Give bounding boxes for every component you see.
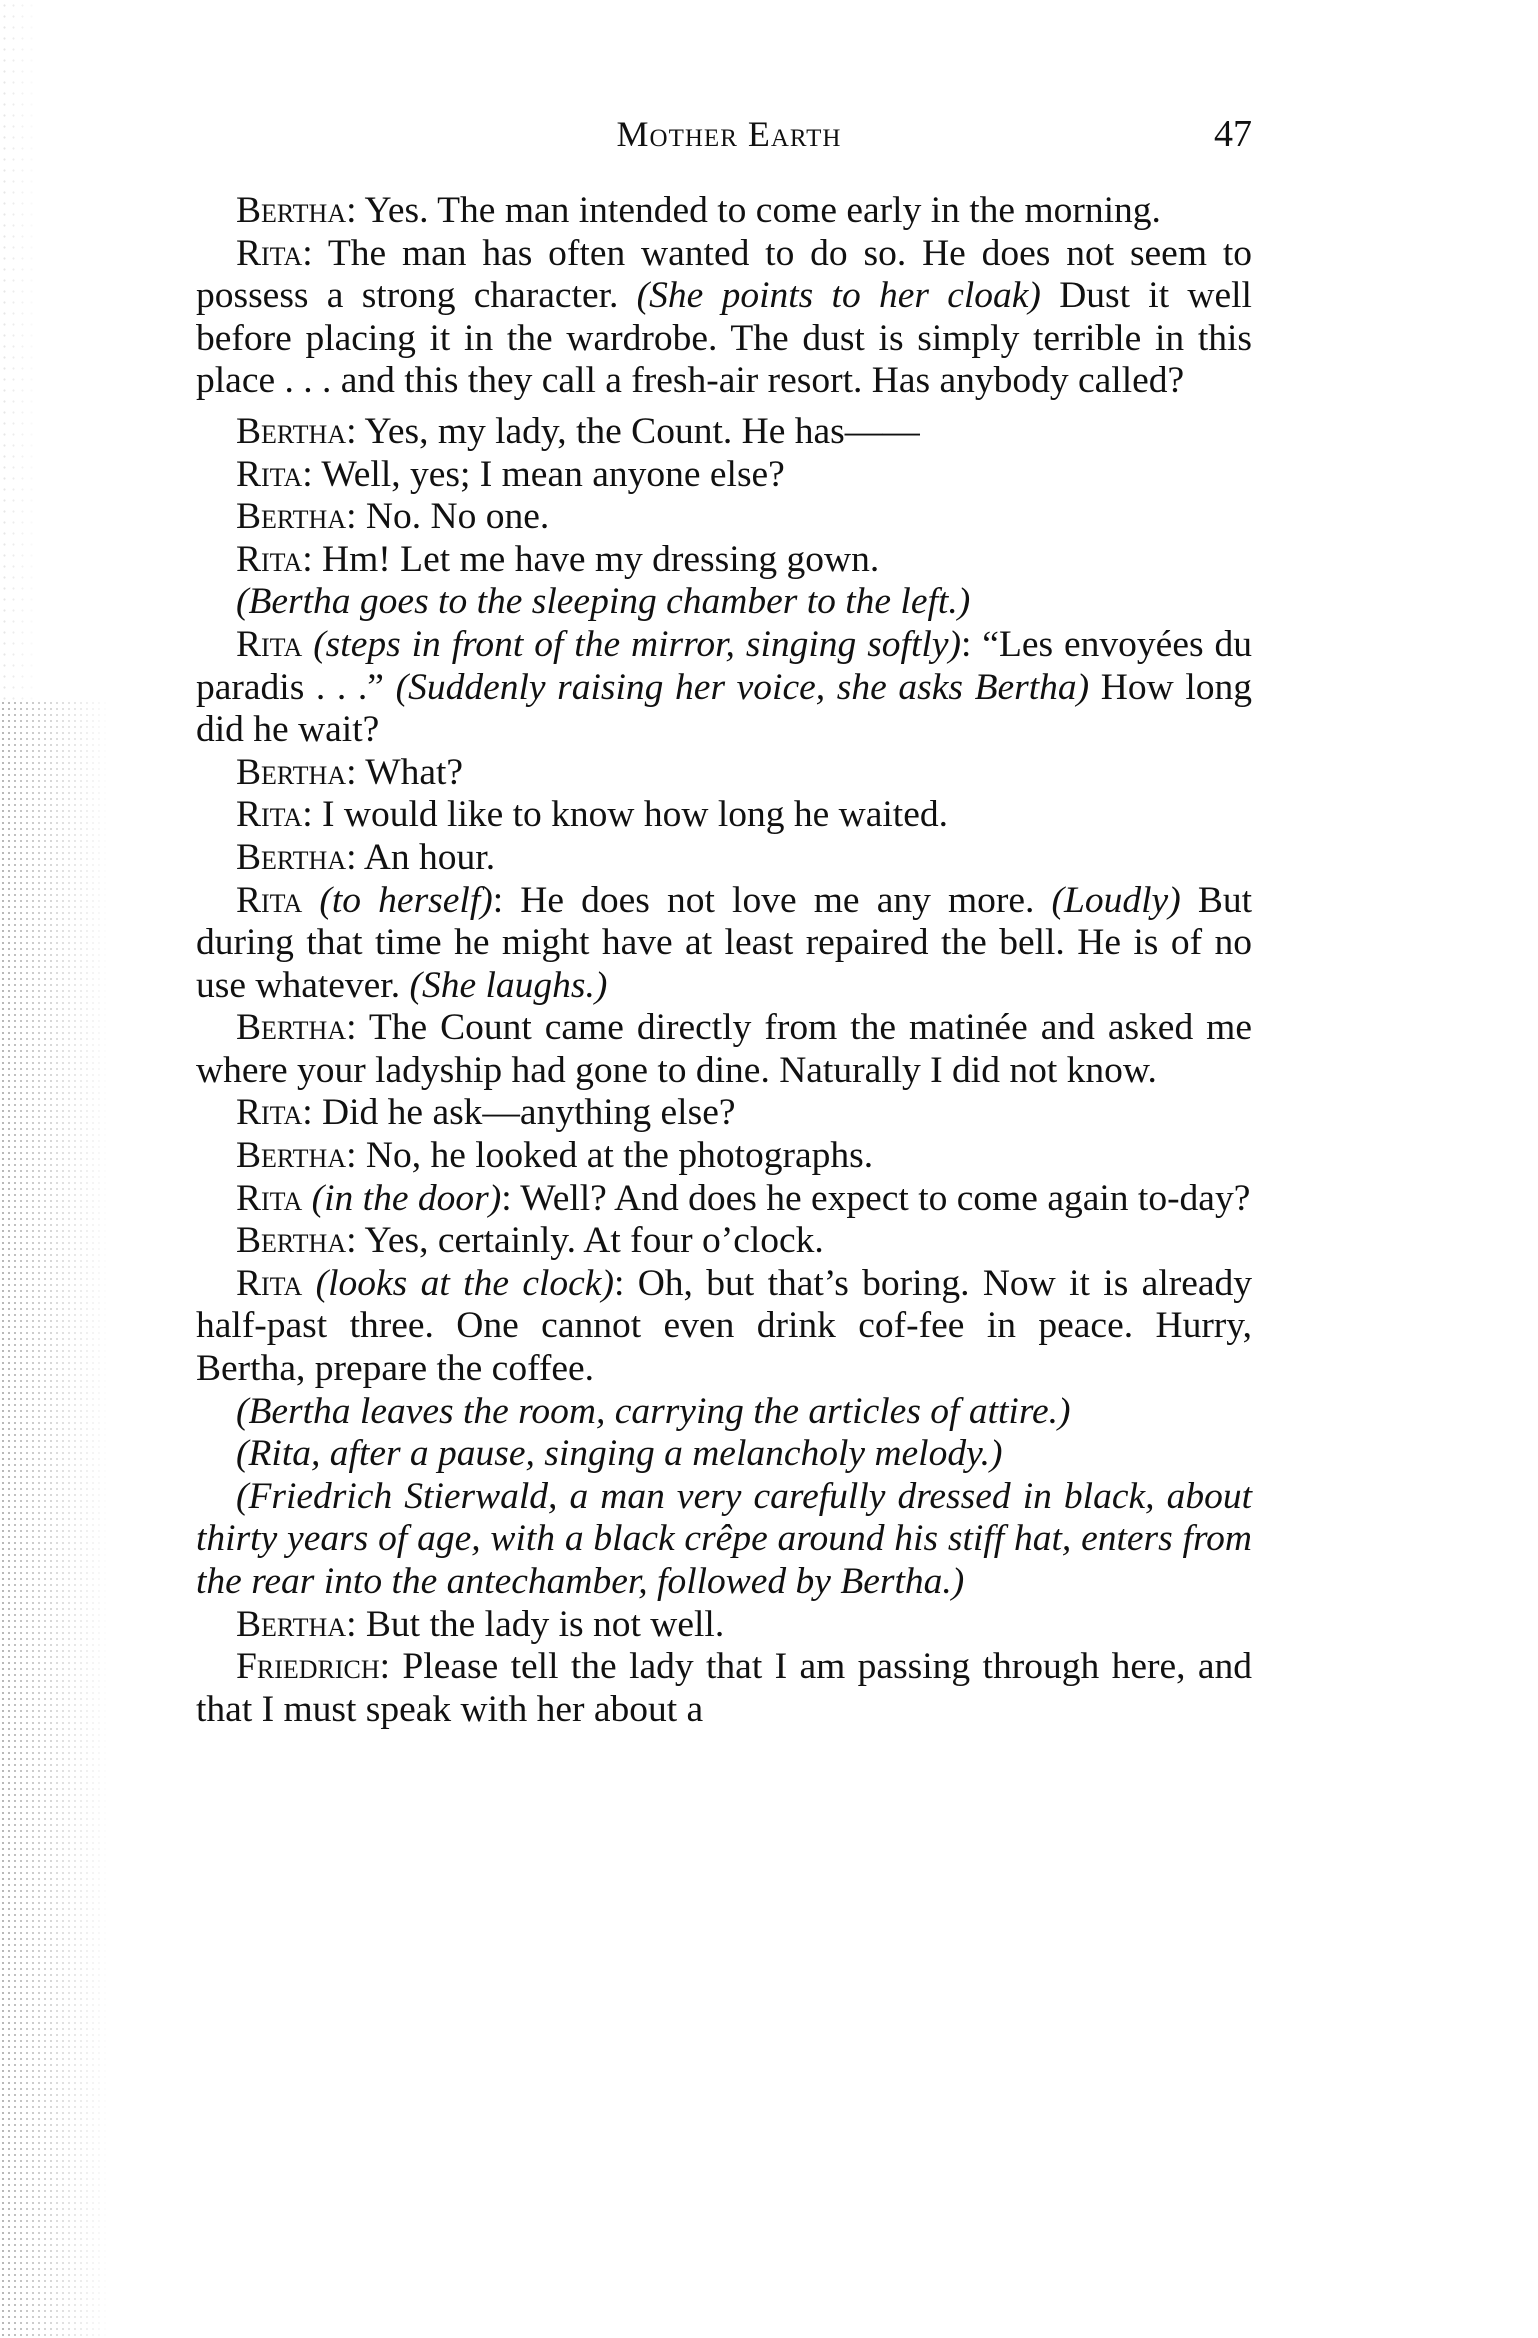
dialogue-paragraph: Bertha: What?: [196, 752, 1252, 795]
stage-direction: (looks at the clock): [316, 1263, 614, 1304]
dialogue-text: : Well? And does he expect to come again…: [501, 1178, 1250, 1219]
dialogue-paragraph: (Rita, after a pause, singing a melancho…: [196, 1433, 1252, 1476]
stage-direction: (to herself): [319, 880, 492, 921]
speaker-name: Bertha: [236, 837, 346, 878]
stage-direction: (Bertha goes to the sleeping chamber to …: [236, 581, 970, 622]
speaker-name: Rita: [236, 1178, 302, 1219]
dialogue-text: : He does not love me any more.: [493, 880, 1052, 921]
dialogue-text: : Hm! Let me have my dressing gown.: [302, 539, 879, 580]
dialogue-paragraph: Bertha: Yes, certainly. At four o’clock.: [196, 1220, 1252, 1263]
book-page: Mother Earth 47 Bertha: Yes. The man int…: [196, 108, 1252, 1731]
dialogue-paragraph: Bertha: But the lady is not well.: [196, 1604, 1252, 1647]
page-edge-scan-texture-top: [0, 0, 40, 700]
dialogue-text: [302, 624, 313, 665]
stage-direction: (Bertha leaves the room, carrying the ar…: [236, 1391, 1071, 1432]
speaker-name: Bertha: [236, 1220, 346, 1261]
dialogue-paragraph: (Friedrich Stierwald, a man very careful…: [196, 1476, 1252, 1604]
speaker-name: Bertha: [236, 1007, 346, 1048]
speaker-name: Bertha: [236, 411, 346, 452]
dialogue-text: [302, 1178, 311, 1219]
dialogue-paragraph: Rita: Hm! Let me have my dressing gown.: [196, 539, 1252, 582]
dialogue-paragraph: Rita: Well, yes; I mean anyone else?: [196, 454, 1252, 497]
play-text-body: Bertha: Yes. The man intended to come ea…: [196, 190, 1252, 1731]
dialogue-paragraph: Bertha: The Count came directly from the…: [196, 1007, 1252, 1092]
speaker-name: Rita: [236, 794, 302, 835]
stage-direction: (Rita, after a pause, singing a melancho…: [236, 1433, 1003, 1474]
dialogue-text: : The Count came directly from the matin…: [196, 1007, 1252, 1091]
dialogue-text: : What?: [346, 752, 463, 793]
dialogue-paragraph: (Bertha leaves the room, carrying the ar…: [196, 1391, 1252, 1434]
dialogue-paragraph: Rita: Did he ask—anything else?: [196, 1092, 1252, 1135]
dialogue-text: : Yes, my lady, the Count. He has——: [346, 411, 920, 452]
dialogue-text: : Well, yes; I mean anyone else?: [302, 454, 785, 495]
dialogue-paragraph: Bertha: Yes, my lady, the Count. He has—…: [196, 411, 1252, 454]
speaker-name: Friedrich: [236, 1646, 380, 1687]
speaker-name: Rita: [236, 539, 302, 580]
dialogue-paragraph: (Bertha goes to the sleeping chamber to …: [196, 581, 1252, 624]
running-head: Mother Earth 47: [196, 108, 1252, 160]
dialogue-text: : Yes. The man intended to come early in…: [346, 190, 1161, 231]
stage-direction: (Friedrich Stierwald, a man very careful…: [196, 1476, 1252, 1602]
page-edge-scan-texture: [0, 700, 110, 2338]
dialogue-paragraph: Rita (steps in front of the mirror, sing…: [196, 624, 1252, 752]
running-title: Mother Earth: [196, 108, 1252, 160]
dialogue-paragraph: Rita: I would like to know how long he w…: [196, 794, 1252, 837]
dialogue-paragraph: Bertha: No. No one.: [196, 496, 1252, 539]
dialogue-paragraph: Rita (to herself): He does not love me a…: [196, 880, 1252, 1008]
dialogue-paragraph: Bertha: An hour.: [196, 837, 1252, 880]
dialogue-paragraph: Rita (in the door): Well? And does he ex…: [196, 1178, 1252, 1221]
speaker-name: Rita: [236, 880, 302, 921]
dialogue-text: : No, he looked at the photographs.: [346, 1135, 873, 1176]
stage-direction: (She laughs.): [409, 965, 607, 1006]
speaker-name: Rita: [236, 233, 302, 274]
speaker-name: Rita: [236, 1263, 302, 1304]
dialogue-paragraph: Friedrich: Please tell the lady that I a…: [196, 1646, 1252, 1731]
speaker-name: Bertha: [236, 496, 346, 537]
stage-direction: (Loudly): [1052, 880, 1181, 921]
dialogue-text: : But the lady is not well.: [346, 1604, 724, 1645]
dialogue-text: : An hour.: [346, 837, 495, 878]
speaker-name: Bertha: [236, 1135, 346, 1176]
dialogue-paragraph: Rita (looks at the clock): Oh, but that’…: [196, 1263, 1252, 1391]
page-number: 47: [1214, 108, 1252, 160]
dialogue-paragraph: Bertha: Yes. The man intended to come ea…: [196, 190, 1252, 233]
speaker-name: Rita: [236, 454, 302, 495]
dialogue-paragraph: Rita: The man has often wanted to do so.…: [196, 233, 1252, 403]
speaker-name: Bertha: [236, 752, 346, 793]
dialogue-text: : No. No one.: [346, 496, 549, 537]
dialogue-text: : Yes, certainly. At four o’clock.: [346, 1220, 824, 1261]
dialogue-paragraph: Bertha: No, he looked at the photographs…: [196, 1135, 1252, 1178]
stage-direction: (in the door): [312, 1178, 502, 1219]
stage-direction: (Suddenly raising her voice, she asks Be…: [396, 667, 1090, 708]
dialogue-text: [302, 880, 319, 921]
dialogue-text: : Did he ask—anything else?: [302, 1092, 735, 1133]
dialogue-text: [302, 1263, 315, 1304]
dialogue-text: : I would like to know how long he waite…: [302, 794, 948, 835]
stage-direction: (steps in front of the mirror, singing s…: [313, 624, 961, 665]
stage-direction: (She points to her cloak): [637, 275, 1041, 316]
speaker-name: Rita: [236, 1092, 302, 1133]
speaker-name: Rita: [236, 624, 302, 665]
speaker-name: Bertha: [236, 190, 346, 231]
speaker-name: Bertha: [236, 1604, 346, 1645]
